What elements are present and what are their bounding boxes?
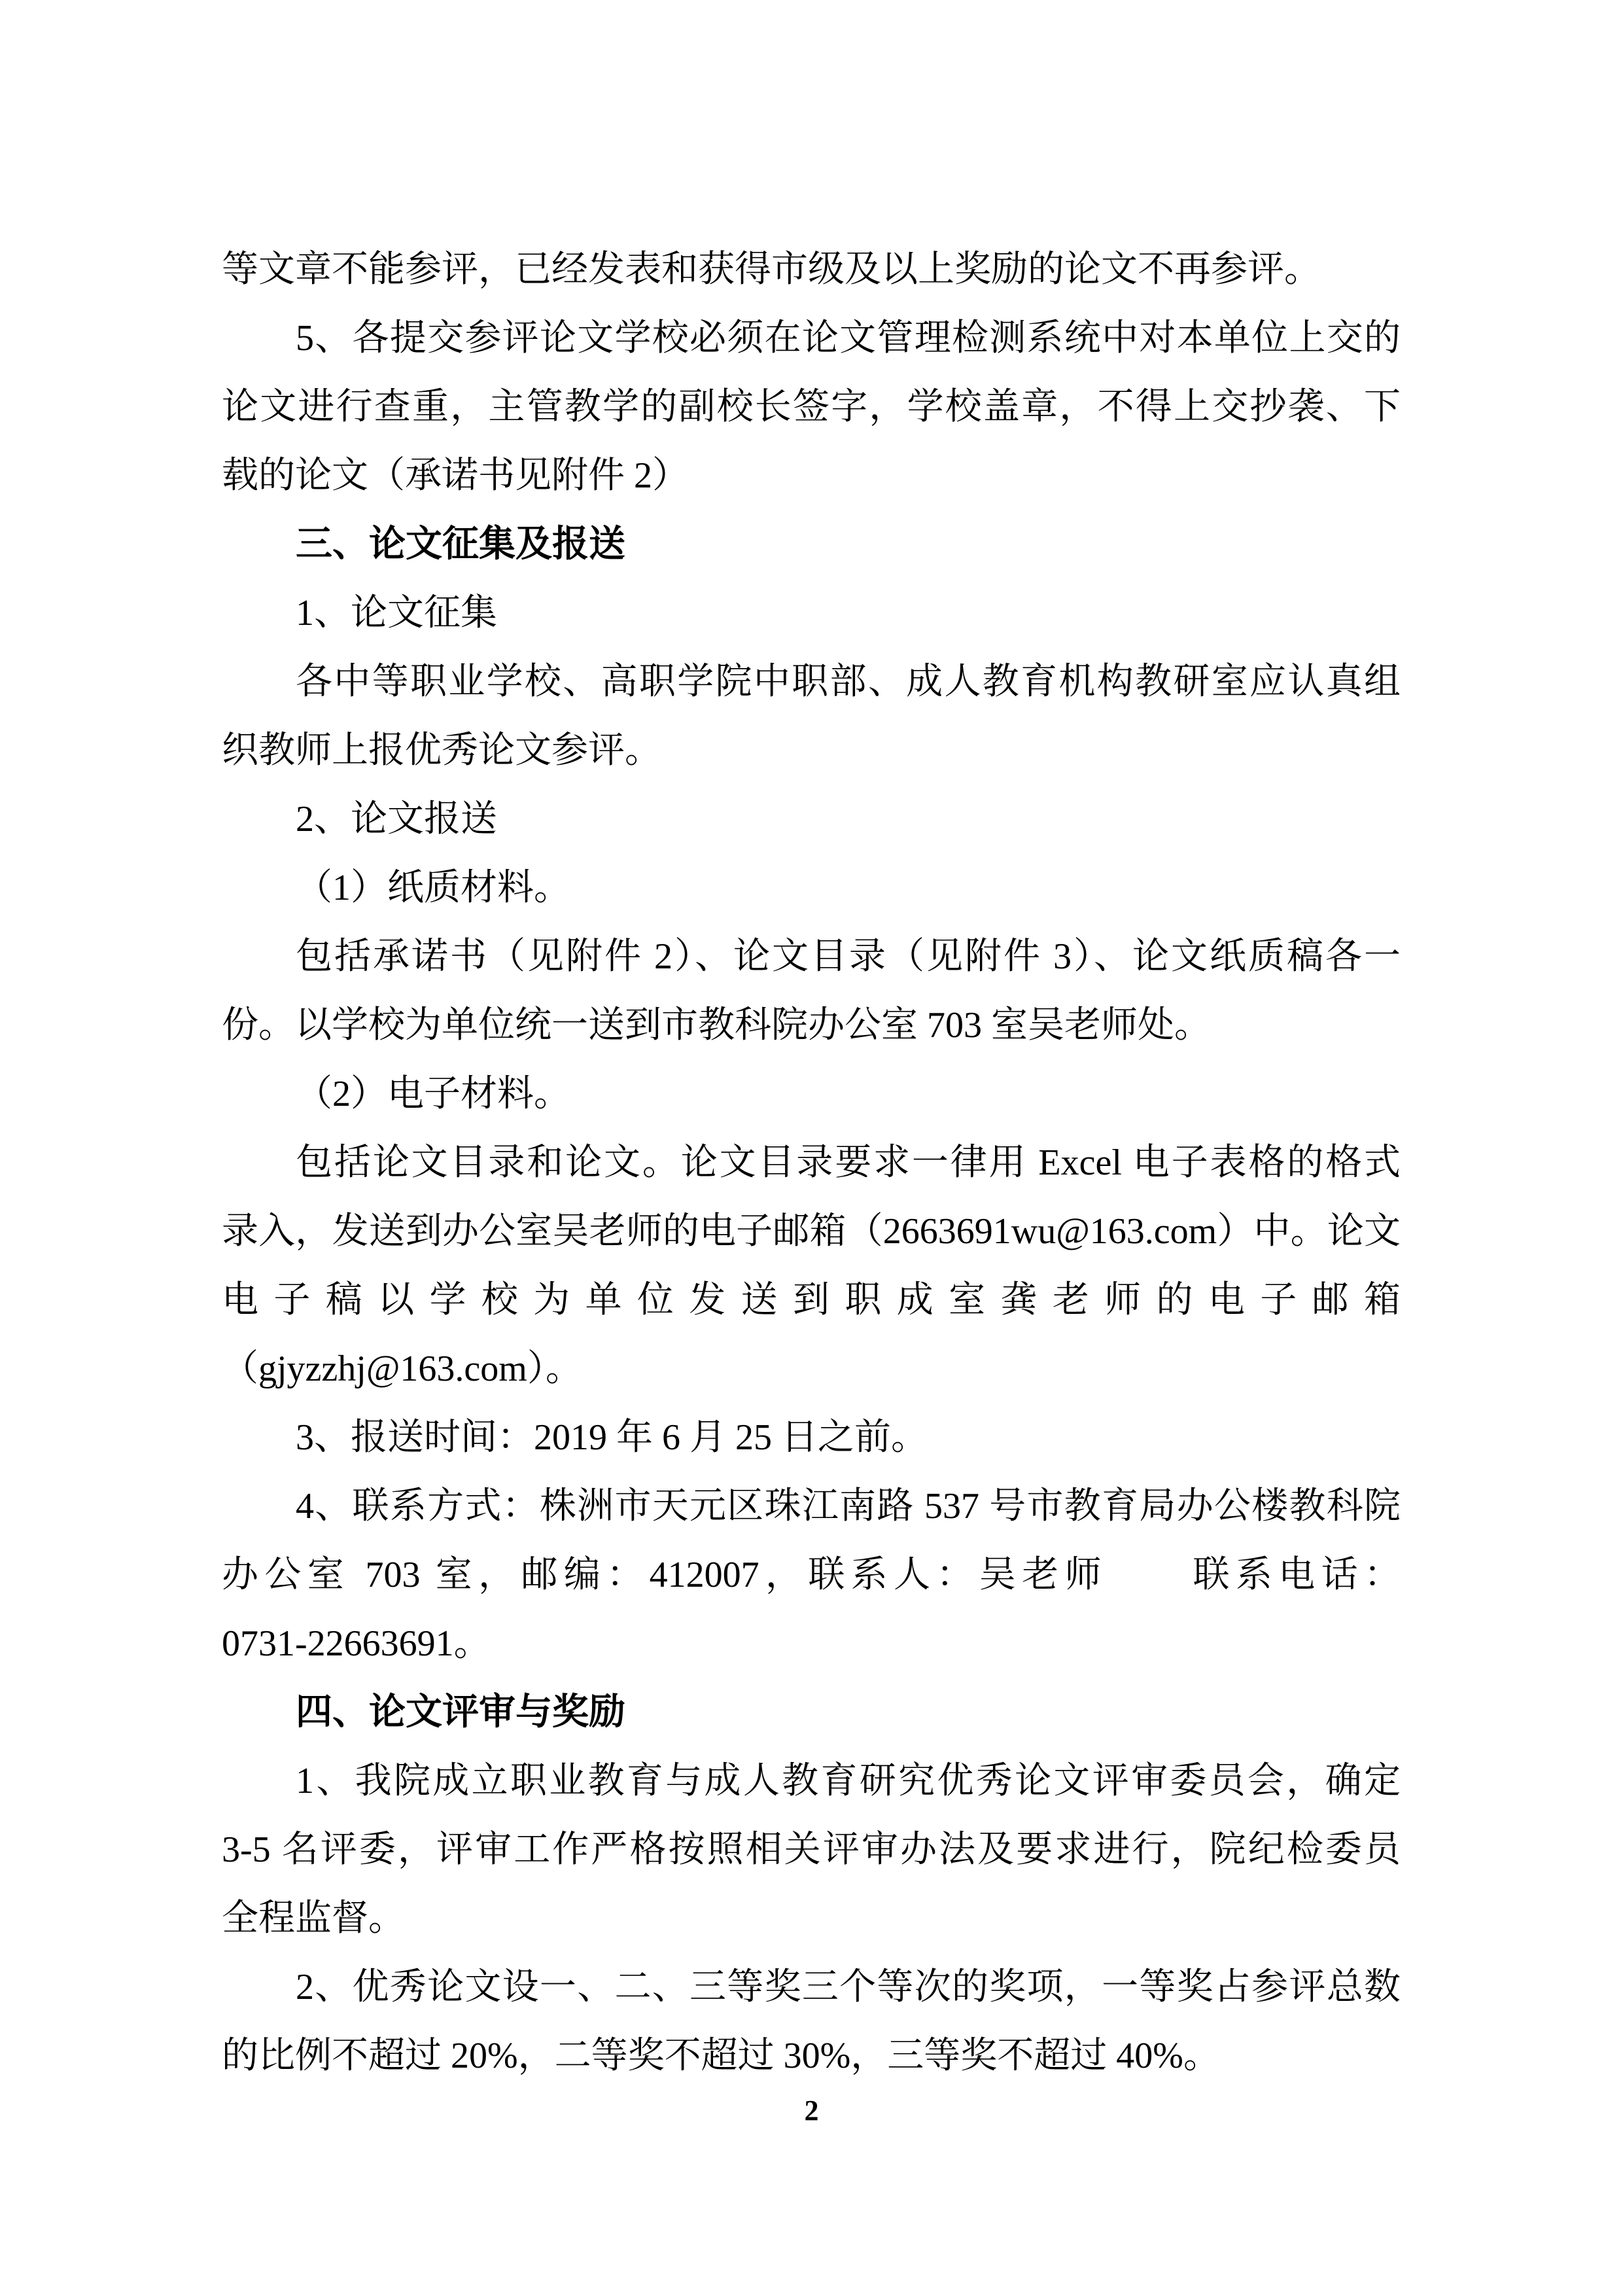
text-line: （2）电子材料。 bbox=[222, 1060, 1401, 1129]
text-line: 3、报送时间：2019 年 6 月 25 日之前。 bbox=[222, 1404, 1401, 1472]
text-line: 电子稿以学校为单位发送到职成室龚老师的电子邮箱 bbox=[222, 1266, 1401, 1335]
text-line: 2、优秀论文设一、二、三等奖三个等次的奖项，一等奖占参评总数 bbox=[222, 1953, 1401, 2022]
text-line: 2、论文报送 bbox=[222, 785, 1401, 854]
text-line: 包括承诺书（见附件 2）、论文目录（见附件 3）、论文纸质稿各一 bbox=[222, 923, 1401, 991]
text-line: 包括论文目录和论文。论文目录要求一律用 Excel 电子表格的格式 bbox=[222, 1129, 1401, 1197]
text-line: （1）纸质材料。 bbox=[222, 854, 1401, 923]
text-line: 3-5 名评委，评审工作严格按照相关评审办法及要求进行，院纪检委员 bbox=[222, 1816, 1401, 1884]
text-line: 录入，发送到办公室吴老师的电子邮箱（2663691wu@163.com）中。论文 bbox=[222, 1197, 1401, 1266]
text-line: 1、我院成立职业教育与成人教育研究优秀论文评审委员会，确定 bbox=[222, 1747, 1401, 1816]
document-body: 等文章不能参评，已经发表和获得市级及以上奖励的论文不再参评。5、各提交参评论文学… bbox=[222, 236, 1401, 2091]
text-line: 0731-22663691。 bbox=[222, 1610, 1401, 1678]
text-line: （gjyzzhj@163.com）。 bbox=[222, 1335, 1401, 1404]
text-line: 4、联系方式：株洲市天元区珠江南路 537 号市教育局办公楼教科院 bbox=[222, 1472, 1401, 1541]
document-page: 等文章不能参评，已经发表和获得市级及以上奖励的论文不再参评。5、各提交参评论文学… bbox=[0, 0, 1623, 2296]
text-line: 载的论文（承诺书见附件 2） bbox=[222, 442, 1401, 510]
text-line: 办公室 703 室，邮编：412007，联系人：吴老师 联系电话： bbox=[222, 1541, 1401, 1610]
text-line: 等文章不能参评，已经发表和获得市级及以上奖励的论文不再参评。 bbox=[222, 236, 1401, 304]
text-line: 的比例不超过 20%，二等奖不超过 30%，三等奖不超过 40%。 bbox=[222, 2022, 1401, 2091]
section-heading: 四、论文评审与奖励 bbox=[222, 1678, 1401, 1747]
text-line: 5、各提交参评论文学校必须在论文管理检测系统中对本单位上交的 bbox=[222, 304, 1401, 373]
text-line: 全程监督。 bbox=[222, 1884, 1401, 1953]
text-line: 各中等职业学校、高职学院中职部、成人教育机构教研室应认真组 bbox=[222, 648, 1401, 716]
section-heading: 三、论文征集及报送 bbox=[222, 510, 1401, 579]
text-line: 份。以学校为单位统一送到市教科院办公室 703 室吴老师处。 bbox=[222, 991, 1401, 1060]
text-line: 1、论文征集 bbox=[222, 579, 1401, 648]
page-number: 2 bbox=[0, 2091, 1623, 2130]
text-line: 织教师上报优秀论文参评。 bbox=[222, 716, 1401, 785]
text-line: 论文进行查重，主管教学的副校长签字，学校盖章，不得上交抄袭、下 bbox=[222, 373, 1401, 442]
